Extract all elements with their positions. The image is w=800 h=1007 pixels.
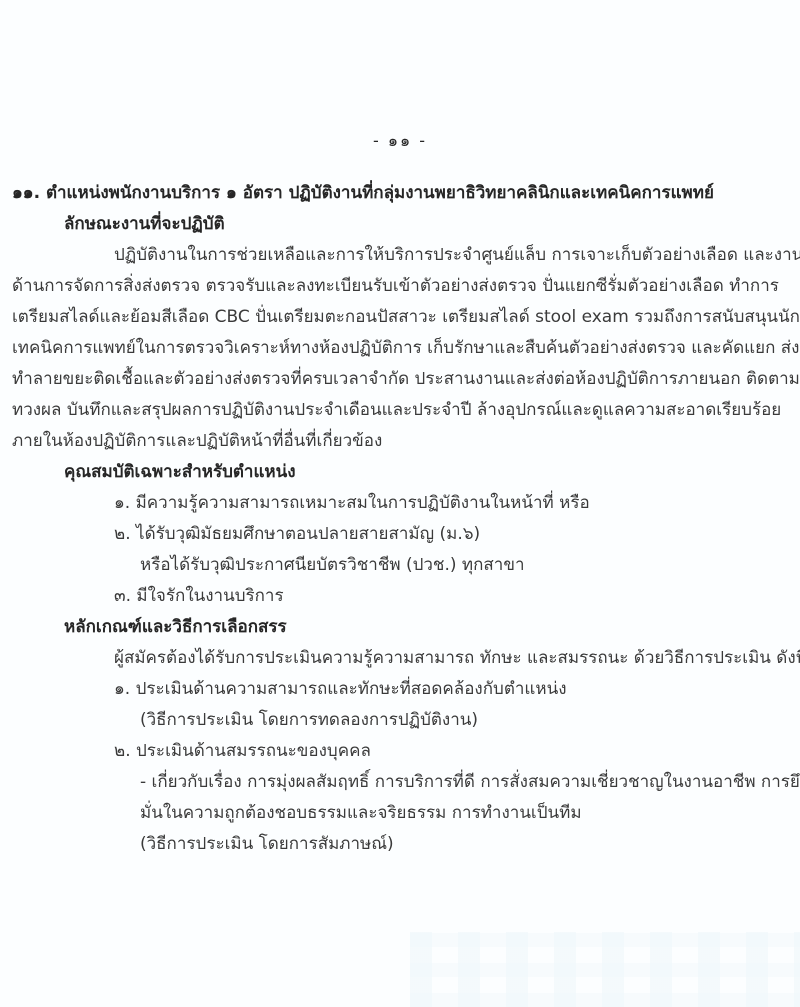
criteria-detail-continuation: มั่นในความถูกต้องชอบธรรมและจริยธรรม การท… [140, 798, 800, 829]
document-page: - ๑๑ - ๑๑. ตำแหน่งพนักงานบริการ ๑ อัตรา … [0, 0, 800, 1007]
criteria-item: ๒. ประเมินด้านสมรรถนะของบุคคล [114, 736, 800, 767]
criteria-method-note: (วิธีการประเมิน โดยการทดลองการปฏิบัติงาน… [140, 705, 800, 736]
duties-line: ทำลายขยะติดเชื้อและตัวอย่างส่งตรวจที่ครบ… [12, 364, 800, 395]
duties-line: ปฏิบัติงานในการช่วยเหลือและการให้บริการป… [114, 240, 800, 271]
qualification-item: ๒. ได้รับวุฒิมัธยมศึกษาตอนปลายสายสามัญ (… [114, 519, 800, 550]
criteria-detail: - เกี่ยวกับเรื่อง การมุ่งผลสัมฤทธิ์ การบ… [140, 767, 800, 798]
duties-line: เทคนิคการแพทย์ในการตรวจวิเคราะห์ทางห้องป… [12, 333, 800, 364]
qualification-item-continuation: หรือได้รับวุฒิประกาศนียบัตรวิชาชีพ (ปวช.… [140, 550, 800, 581]
qualification-item: ๑. มีความรู้ความสามารถเหมาะสมในการปฏิบัต… [114, 488, 800, 519]
section-heading-qualifications: คุณสมบัติเฉพาะสำหรับตำแหน่ง [64, 457, 800, 488]
document-body: ๑๑. ตำแหน่งพนักงานบริการ ๑ อัตรา ปฏิบัติ… [0, 178, 800, 860]
duties-line: ภายในห้องปฏิบัติการและปฏิบัติหน้าที่อื่น… [12, 426, 800, 457]
criteria-method-note: (วิธีการประเมิน โดยการสัมภาษณ์) [140, 829, 800, 860]
duties-line: ด้านการจัดการสิ่งส่งตรวจ ตรวจรับและลงทะเ… [12, 271, 800, 302]
scan-noise-artifact [410, 932, 800, 1007]
page-number: - ๑๑ - [0, 130, 800, 152]
document-title: ๑๑. ตำแหน่งพนักงานบริการ ๑ อัตรา ปฏิบัติ… [12, 178, 800, 209]
qualification-item: ๓. มีใจรักในงานบริการ [114, 581, 800, 612]
section-heading-criteria: หลักเกณฑ์และวิธีการเลือกสรร [64, 612, 800, 643]
duties-line: ทวงผล บันทึกและสรุปผลการปฏิบัติงานประจำเ… [12, 395, 800, 426]
section-heading-duties: ลักษณะงานที่จะปฏิบัติ [64, 209, 800, 240]
criteria-intro: ผู้สมัครต้องได้รับการประเมินความรู้ความส… [114, 643, 800, 674]
criteria-item: ๑. ประเมินด้านความสามารถและทักษะที่สอดคล… [114, 674, 800, 705]
duties-line: เตรียมสไลด์และย้อมสีเลือด CBC ปั่นเตรียม… [12, 302, 800, 333]
